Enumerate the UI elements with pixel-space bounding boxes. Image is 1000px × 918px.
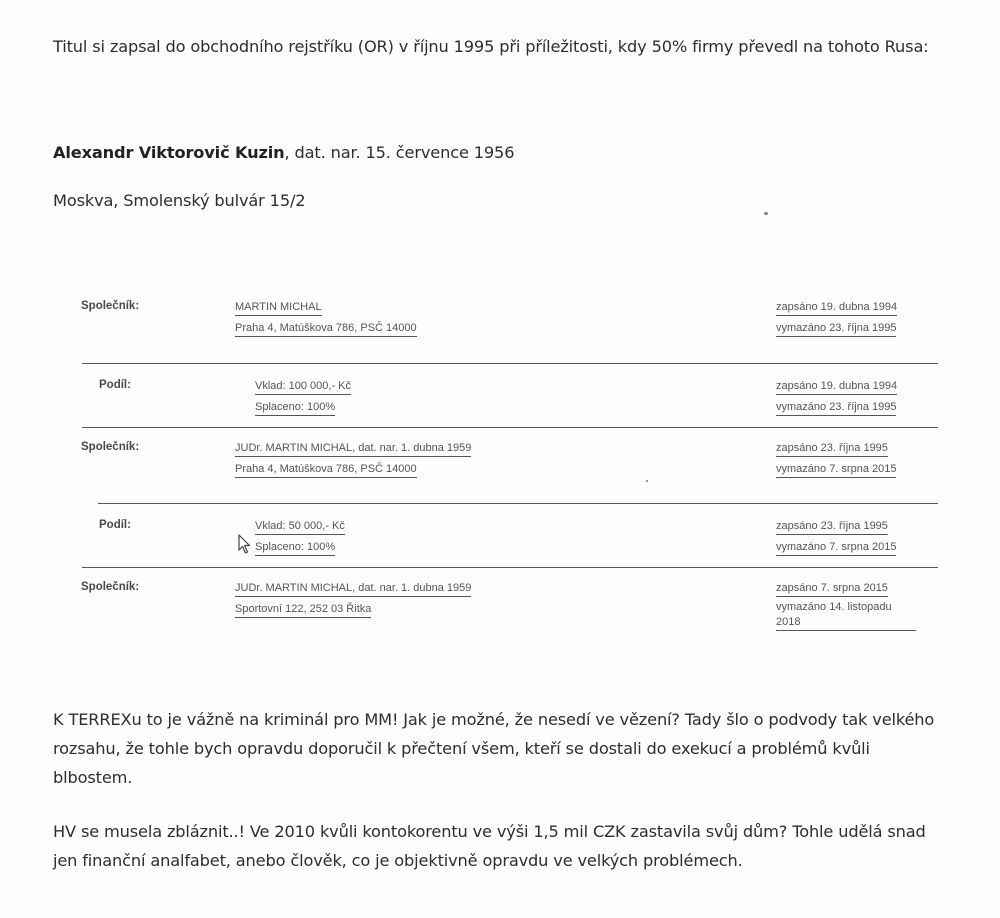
row-dates: zapsáno 19. dubna 1994 vymazáno 23. říjn…: [776, 377, 936, 419]
date-registered: zapsáno 23. října 1995: [776, 441, 888, 457]
person-line: Alexandr Viktorovič Kuzin, dat. nar. 15.…: [53, 138, 514, 167]
comment-paragraph-terrex: K TERREXu to je vážně na kriminál pro MM…: [53, 705, 953, 792]
value-line: Praha 4, Matúškova 786, PSČ 14000: [235, 462, 417, 478]
row-values: JUDr. MARTIN MICHAL, dat. nar. 1. dubna …: [235, 579, 471, 621]
date-deleted: vymazáno 7. srpna 2015: [776, 462, 896, 478]
row-label: Společník:: [81, 441, 139, 453]
comment-paragraph-hv: HV se musela zbláznit..! Ve 2010 kvůli k…: [53, 817, 953, 875]
value-line: Splaceno: 100%: [255, 540, 335, 556]
row-values: Vklad: 100 000,- Kč Splaceno: 100%: [255, 377, 351, 419]
row-values: JUDr. MARTIN MICHAL, dat. nar. 1. dubna …: [235, 439, 471, 481]
mouse-pointer-icon: [238, 534, 252, 554]
value-line: Vklad: 50 000,- Kč: [255, 519, 345, 535]
value-line: Sportovní 122, 252 03 Řitka: [235, 602, 371, 618]
row-dates: zapsáno 7. srpna 2015 vymazáno 14. listo…: [776, 579, 926, 634]
row-dates: zapsáno 23. října 1995 vymazáno 7. srpna…: [776, 439, 936, 481]
divider: [82, 567, 938, 568]
person-birth: , dat. nar. 15. července 1956: [285, 143, 515, 162]
date-registered: zapsáno 23. října 1995: [776, 519, 888, 535]
date-registered: zapsáno 7. srpna 2015: [776, 581, 888, 597]
date-deleted: vymazáno 14. listopadu 2018: [776, 600, 916, 631]
row-label: Podíl:: [99, 379, 131, 391]
value-line: JUDr. MARTIN MICHAL, dat. nar. 1. dubna …: [235, 441, 471, 457]
divider: [82, 427, 938, 428]
divider: [82, 363, 938, 364]
row-values: MARTIN MICHAL Praha 4, Matúškova 786, PS…: [235, 298, 417, 340]
row-dates: zapsáno 23. října 1995 vymazáno 7. srpna…: [776, 517, 936, 559]
row-dates: zapsáno 19. dubna 1994 vymazáno 23. říjn…: [776, 298, 936, 340]
value-line: Vklad: 100 000,- Kč: [255, 379, 351, 395]
person-name: Alexandr Viktorovič Kuzin: [53, 143, 285, 162]
value-line: Praha 4, Matúškova 786, PSČ 14000: [235, 321, 417, 337]
row-label: Podíl:: [99, 519, 131, 531]
value-line: Splaceno: 100%: [255, 400, 335, 416]
value-line: MARTIN MICHAL: [235, 300, 322, 316]
divider: [98, 503, 938, 504]
intro-paragraph: Titul si zapsal do obchodního rejstříku …: [53, 32, 953, 61]
person-address: Moskva, Smolenský bulvár 15/2: [53, 186, 305, 215]
date-deleted: vymazáno 7. srpna 2015: [776, 540, 896, 556]
row-label: Společník:: [81, 581, 139, 593]
date-deleted: vymazáno 23. října 1995: [776, 321, 896, 337]
date-deleted: vymazáno 23. října 1995: [776, 400, 896, 416]
date-registered: zapsáno 19. dubna 1994: [776, 379, 897, 395]
scan-speck: [764, 212, 768, 215]
row-values: Vklad: 50 000,- Kč Splaceno: 100%: [255, 517, 345, 559]
date-registered: zapsáno 19. dubna 1994: [776, 300, 897, 316]
row-label: Společník:: [81, 300, 139, 312]
scan-speck: [646, 480, 648, 482]
value-line: JUDr. MARTIN MICHAL, dat. nar. 1. dubna …: [235, 581, 471, 597]
